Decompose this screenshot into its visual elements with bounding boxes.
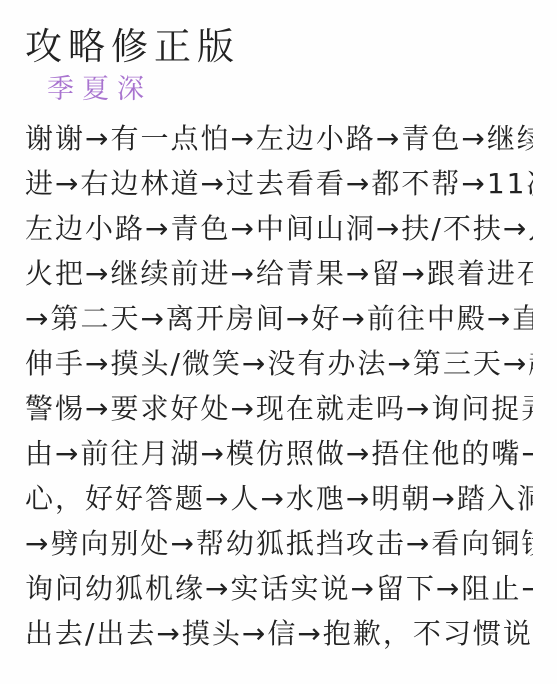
page-title: 攻略修正版: [25, 24, 533, 70]
walkthrough-text: 谢谢→有一点怕→左边小路→青色→继续前进→右边林道→过去看看→都不帮→11次→左…: [25, 116, 533, 656]
walkthrough-line: 警惕→要求好处→现在就走吗→询问捉弄理: [25, 386, 533, 431]
author-name: 季夏深: [47, 72, 533, 108]
walkthrough-line: 由→前往月湖→模仿照做→捂住他的嘴→放: [25, 431, 533, 476]
walkthrough-line: 询问幼狐机缘→实话实说→留下→阻止→不: [25, 566, 533, 611]
walkthrough-line: 进→右边林道→过去看看→都不帮→11次→: [25, 161, 533, 206]
walkthrough-line: 心，好好答题→人→水虺→明朝→踏入洞门: [25, 476, 533, 521]
walkthrough-line: 左边小路→青色→中间山洞→扶/不扶→点燃: [25, 206, 533, 251]
walkthrough-line: 伸手→摸头/微笑→没有办法→第三天→越发: [25, 341, 533, 386]
walkthrough-line: 出去/出去→摸头→信→抱歉，不习惯说道别: [25, 611, 533, 656]
walkthrough-line: 谢谢→有一点怕→左边小路→青色→继续前: [25, 116, 533, 161]
walkthrough-line: →第二天→离开房间→好→前往中殿→直接: [25, 296, 533, 341]
walkthrough-page: 攻略修正版 季夏深 谢谢→有一点怕→左边小路→青色→继续前进→右边林道→过去看看…: [0, 0, 557, 684]
walkthrough-line: →劈向别处→帮幼狐抵挡攻击→看向铜镜→: [25, 521, 533, 566]
walkthrough-line: 火把→继续前进→给青果→留→跟着进石洞: [25, 251, 533, 296]
